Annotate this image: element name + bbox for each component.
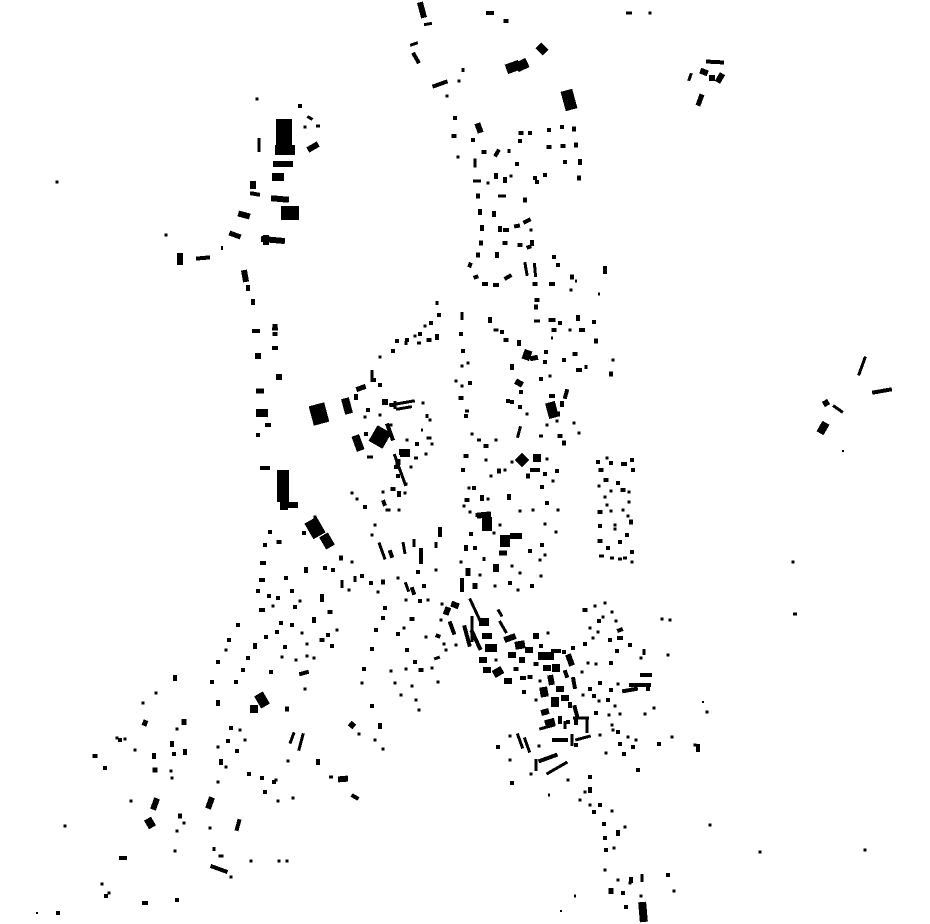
building-footprint	[539, 377, 543, 381]
building-footprint	[530, 773, 533, 776]
building-footprint	[230, 876, 233, 879]
building-footprint	[410, 466, 413, 469]
building-footprint	[616, 481, 620, 485]
building-footprint	[551, 649, 561, 653]
building-footprint	[427, 437, 432, 440]
building-footprint	[562, 441, 566, 446]
building-footprint	[436, 301, 439, 305]
building-footprint	[578, 159, 582, 165]
building-footprint	[622, 509, 625, 512]
building-footprint	[543, 472, 547, 476]
building-footprint	[134, 749, 137, 752]
figure-ground-map	[0, 0, 930, 924]
building-footprint	[602, 555, 604, 558]
building-footprint	[465, 498, 470, 502]
building-footprint	[514, 640, 525, 650]
building-footprint	[219, 759, 223, 765]
building-footprint	[485, 459, 488, 462]
building-footprint	[624, 826, 627, 829]
building-footprint	[216, 700, 220, 706]
building-footprint	[383, 606, 387, 610]
building-footprint	[611, 724, 614, 727]
building-footprint	[533, 282, 538, 286]
building-footprint	[576, 368, 582, 372]
building-footprint	[545, 501, 549, 505]
building-footprint	[403, 627, 406, 630]
building-footprint	[558, 434, 563, 438]
building-footprint	[275, 779, 278, 782]
building-footprint	[479, 241, 483, 246]
building-footprint	[473, 583, 478, 589]
building-footprint	[508, 149, 511, 153]
building-footprint	[552, 328, 557, 332]
building-footprint	[487, 498, 490, 501]
building-footprint	[579, 328, 585, 332]
building-footprint	[461, 312, 464, 320]
building-footprint	[104, 894, 108, 898]
building-footprint	[506, 399, 510, 403]
building-footprint	[415, 699, 418, 702]
building-footprint	[272, 605, 275, 608]
building-footprint	[535, 298, 540, 302]
building-footprint	[464, 545, 468, 551]
building-footprint	[606, 457, 609, 460]
building-footprint	[142, 901, 148, 905]
building-footprint	[671, 736, 674, 739]
building-footprint	[534, 662, 539, 666]
building-footprint	[458, 80, 461, 83]
building-footprint	[608, 638, 612, 642]
building-footprint	[540, 543, 544, 547]
building-footprint	[598, 681, 602, 685]
building-footprint	[606, 504, 609, 507]
building-footprint	[304, 126, 307, 129]
building-footprint	[256, 589, 260, 593]
building-footprint	[424, 325, 427, 328]
building-footprint	[103, 766, 107, 770]
building-footprint	[301, 632, 304, 635]
building-footprint	[627, 736, 630, 739]
building-footprint	[479, 574, 482, 577]
building-footprint	[56, 181, 59, 184]
building-footprint	[574, 143, 578, 148]
building-footprint	[585, 365, 588, 369]
building-footprint	[510, 533, 522, 539]
building-footprint	[538, 652, 554, 660]
building-footprint	[517, 340, 521, 346]
building-footprint	[483, 557, 486, 561]
building-footprint	[281, 656, 284, 659]
building-footprint	[219, 855, 224, 858]
building-footprint	[272, 328, 278, 331]
building-footprint	[427, 338, 432, 342]
building-footprint	[354, 394, 358, 400]
building-footprint	[510, 400, 514, 404]
building-footprint	[625, 533, 629, 537]
building-footprint	[487, 182, 490, 185]
building-footprint	[606, 546, 610, 550]
building-footprint	[336, 629, 339, 632]
building-footprint	[173, 675, 177, 681]
building-footprint	[302, 531, 306, 535]
building-footprint	[378, 723, 382, 729]
building-footprint	[543, 665, 551, 671]
building-footprint	[460, 578, 464, 592]
building-footprint	[618, 742, 622, 746]
building-footprint	[629, 520, 633, 525]
building-footprint	[709, 824, 712, 827]
building-footprint	[549, 318, 556, 322]
building-footprint	[363, 505, 367, 509]
building-footprint	[603, 266, 607, 274]
building-footprint	[480, 225, 484, 231]
building-footprint	[411, 685, 414, 688]
building-footprint	[316, 759, 320, 765]
building-footprint	[543, 360, 547, 364]
building-footprint	[435, 334, 439, 340]
building-footprint	[258, 138, 261, 152]
building-footprint	[415, 442, 419, 446]
building-footprint	[414, 335, 417, 338]
building-footprint	[604, 478, 609, 482]
building-footprint	[617, 879, 620, 882]
building-footprint	[339, 556, 343, 561]
building-footprint	[213, 847, 216, 851]
building-footprint	[273, 332, 278, 336]
building-footprint	[221, 246, 223, 250]
building-footprint	[348, 589, 351, 592]
building-footprint	[473, 180, 481, 183]
building-footprint	[500, 535, 510, 547]
building-footprint	[588, 787, 592, 793]
building-footprint	[320, 638, 325, 642]
building-footprint	[366, 408, 370, 412]
building-footprint	[598, 485, 601, 488]
building-footprint	[589, 627, 592, 630]
building-footprint	[405, 341, 408, 345]
building-footprint	[621, 488, 626, 492]
building-footprint	[635, 739, 638, 742]
building-footprint	[320, 594, 324, 602]
building-footprint	[361, 682, 364, 685]
building-footprint	[617, 636, 623, 640]
building-footprint	[130, 800, 133, 803]
building-footprint	[382, 748, 385, 751]
building-footprint	[525, 647, 533, 653]
building-footprint	[374, 628, 378, 632]
building-footprint	[556, 686, 564, 692]
building-footprint	[379, 414, 382, 417]
building-footprint	[510, 364, 514, 370]
building-footprint	[217, 781, 220, 784]
building-footprint	[413, 660, 417, 664]
building-footprint	[469, 511, 472, 514]
building-footprint	[570, 275, 574, 280]
building-footprint	[426, 414, 429, 418]
building-footprint	[551, 337, 553, 340]
building-footprint	[250, 705, 258, 713]
building-footprint	[630, 550, 634, 554]
building-footprint	[364, 432, 368, 436]
building-footprint	[518, 405, 522, 409]
building-footprint	[615, 649, 619, 653]
building-footprint	[467, 362, 470, 365]
building-footprint	[578, 432, 581, 435]
building-footprint	[581, 671, 584, 674]
building-footprint	[508, 652, 516, 658]
building-footprint	[495, 439, 498, 442]
building-footprint	[640, 657, 643, 660]
building-footprint	[608, 714, 611, 717]
building-footprint	[499, 551, 507, 556]
building-footprint	[304, 567, 308, 573]
building-footprint	[241, 668, 245, 672]
building-footprint	[418, 709, 421, 712]
building-footprint	[592, 637, 595, 640]
building-footprint	[431, 667, 434, 670]
building-footprint	[564, 721, 567, 729]
building-footprint	[281, 206, 299, 220]
building-footprint	[612, 359, 615, 362]
building-footprint	[493, 532, 496, 535]
building-footprint	[400, 449, 410, 457]
building-footprint	[469, 532, 473, 536]
building-footprint	[546, 458, 549, 461]
building-footprint	[494, 585, 497, 588]
building-footprint	[306, 643, 309, 646]
building-footprint	[265, 423, 271, 427]
building-footprint	[438, 527, 442, 537]
building-footprint	[539, 644, 543, 648]
building-footprint	[626, 12, 632, 15]
building-footprint	[555, 531, 558, 534]
building-footprint	[574, 743, 578, 747]
building-footprint	[526, 413, 529, 416]
building-footprint	[455, 644, 458, 647]
building-footprint	[539, 680, 542, 683]
building-footprint	[463, 505, 466, 508]
building-footprint	[629, 683, 651, 687]
building-footprint	[374, 524, 377, 527]
building-footprint	[328, 610, 333, 614]
building-footprint	[263, 790, 267, 794]
building-footprint	[483, 667, 491, 673]
building-footprint	[597, 619, 601, 623]
building-footprint	[604, 869, 607, 872]
building-footprint	[523, 198, 527, 203]
building-footprint	[397, 491, 401, 497]
building-footprint	[627, 515, 630, 518]
building-footprint	[495, 252, 499, 258]
building-footprint	[609, 461, 613, 465]
building-footprint	[604, 602, 607, 605]
building-footprint	[614, 705, 617, 708]
building-footprint	[101, 883, 104, 886]
building-footprint	[587, 662, 590, 665]
building-footprint	[615, 620, 618, 623]
building-footprint	[511, 461, 514, 464]
building-footprint	[236, 623, 240, 627]
building-footprint	[275, 145, 295, 155]
building-footprint	[630, 458, 634, 462]
building-footprint	[268, 530, 272, 534]
building-footprint	[329, 776, 333, 779]
building-footprint	[312, 617, 316, 623]
building-footprint	[549, 375, 552, 378]
building-footprint	[560, 401, 564, 407]
building-footprint	[494, 173, 498, 179]
building-footprint	[216, 660, 220, 664]
building-footprint	[287, 760, 290, 763]
building-footprint	[504, 469, 507, 472]
building-footprint	[563, 160, 567, 164]
building-footprint	[616, 730, 620, 734]
building-footprint	[460, 561, 463, 564]
building-footprint	[183, 822, 186, 825]
building-footprint	[621, 462, 627, 466]
building-footprint	[496, 745, 500, 749]
building-footprint	[391, 349, 395, 353]
building-footprint	[304, 688, 307, 691]
building-footprint	[455, 380, 458, 383]
building-footprint	[413, 539, 416, 547]
building-footprint	[611, 611, 614, 614]
building-footprint	[290, 623, 294, 627]
building-footprint	[362, 667, 366, 671]
building-footprint	[508, 581, 512, 585]
building-footprint	[468, 381, 472, 385]
building-footprint	[378, 383, 382, 387]
building-footprint	[276, 119, 292, 149]
building-footprint	[484, 444, 489, 448]
building-footprint	[461, 385, 464, 388]
building-footprint	[573, 352, 578, 356]
building-footprint	[404, 492, 407, 495]
building-footprint	[479, 657, 487, 663]
building-footprint	[514, 667, 519, 671]
building-footprint	[567, 779, 570, 782]
building-footprint	[246, 656, 250, 660]
building-footprint	[575, 280, 577, 283]
building-footprint	[478, 209, 482, 215]
building-footprint	[530, 229, 533, 232]
building-footprint	[561, 144, 566, 148]
building-footprint	[256, 98, 259, 101]
building-footprint	[709, 75, 715, 81]
building-footprint	[504, 338, 509, 342]
building-footprint	[544, 554, 547, 557]
building-footprint	[604, 496, 607, 499]
building-footprint	[277, 800, 280, 803]
building-footprint	[264, 635, 268, 639]
building-footprint	[437, 313, 441, 317]
building-footprint	[657, 742, 661, 746]
building-footprint	[183, 749, 187, 755]
building-footprint	[178, 814, 182, 819]
building-footprint	[571, 646, 575, 650]
building-footprint	[640, 673, 652, 677]
building-footprint	[540, 485, 544, 489]
building-footprint	[528, 675, 533, 679]
building-footprint	[364, 416, 367, 419]
building-footprint	[446, 95, 449, 98]
building-footprint	[165, 234, 168, 237]
building-footprint	[323, 566, 327, 570]
building-footprint	[435, 542, 438, 548]
building-footprint	[150, 822, 154, 826]
building-footprint	[510, 781, 514, 785]
building-footprint	[552, 664, 560, 672]
building-footprint	[124, 738, 127, 741]
building-footprint	[560, 910, 562, 912]
building-footprint	[598, 803, 602, 807]
building-footprint	[482, 633, 492, 639]
building-footprint	[599, 734, 602, 737]
building-footprint	[602, 822, 606, 826]
building-footprint	[653, 707, 656, 710]
building-footprint	[443, 643, 446, 646]
building-footprint	[598, 510, 603, 514]
building-footprint	[556, 263, 560, 267]
building-footprint	[275, 630, 279, 634]
building-footprint	[518, 243, 523, 247]
building-footprint	[499, 524, 502, 527]
building-footprint	[405, 648, 409, 652]
building-footprint	[286, 860, 289, 863]
building-footprint	[397, 577, 400, 580]
building-footprint	[379, 356, 382, 359]
building-footprint	[549, 282, 555, 286]
building-footprint	[405, 668, 408, 671]
building-footprint	[260, 776, 264, 780]
building-footprint	[562, 650, 566, 654]
building-footprint	[381, 616, 385, 620]
building-footprint	[292, 797, 295, 800]
building-footprint	[539, 686, 549, 697]
building-footprint	[176, 728, 179, 731]
building-footprint	[36, 912, 38, 914]
building-footprint	[299, 600, 302, 603]
building-footprint	[461, 349, 465, 353]
building-footprint	[552, 255, 556, 259]
building-footprint	[609, 688, 613, 692]
building-footprint	[479, 618, 489, 626]
building-footprint	[371, 534, 374, 537]
building-footprint	[171, 777, 174, 780]
building-footprint	[142, 702, 145, 705]
building-footprint	[612, 729, 615, 732]
building-footprint	[535, 180, 539, 184]
building-footprint	[256, 389, 264, 394]
building-footprint	[534, 320, 540, 323]
building-footprint	[429, 419, 432, 422]
building-footprint	[509, 735, 512, 738]
building-footprint	[172, 752, 176, 756]
building-footprint	[155, 692, 158, 695]
building-footprint	[503, 228, 509, 232]
building-footprint	[314, 516, 317, 519]
building-footprint	[535, 759, 538, 771]
building-footprint	[644, 713, 647, 716]
building-footprint	[351, 492, 354, 495]
building-footprint	[225, 766, 228, 769]
building-footprint	[482, 517, 492, 531]
building-footprint	[539, 559, 542, 562]
building-footprint	[405, 599, 408, 602]
building-footprint	[609, 661, 613, 665]
building-footprint	[598, 539, 603, 543]
building-footprint	[596, 460, 600, 464]
